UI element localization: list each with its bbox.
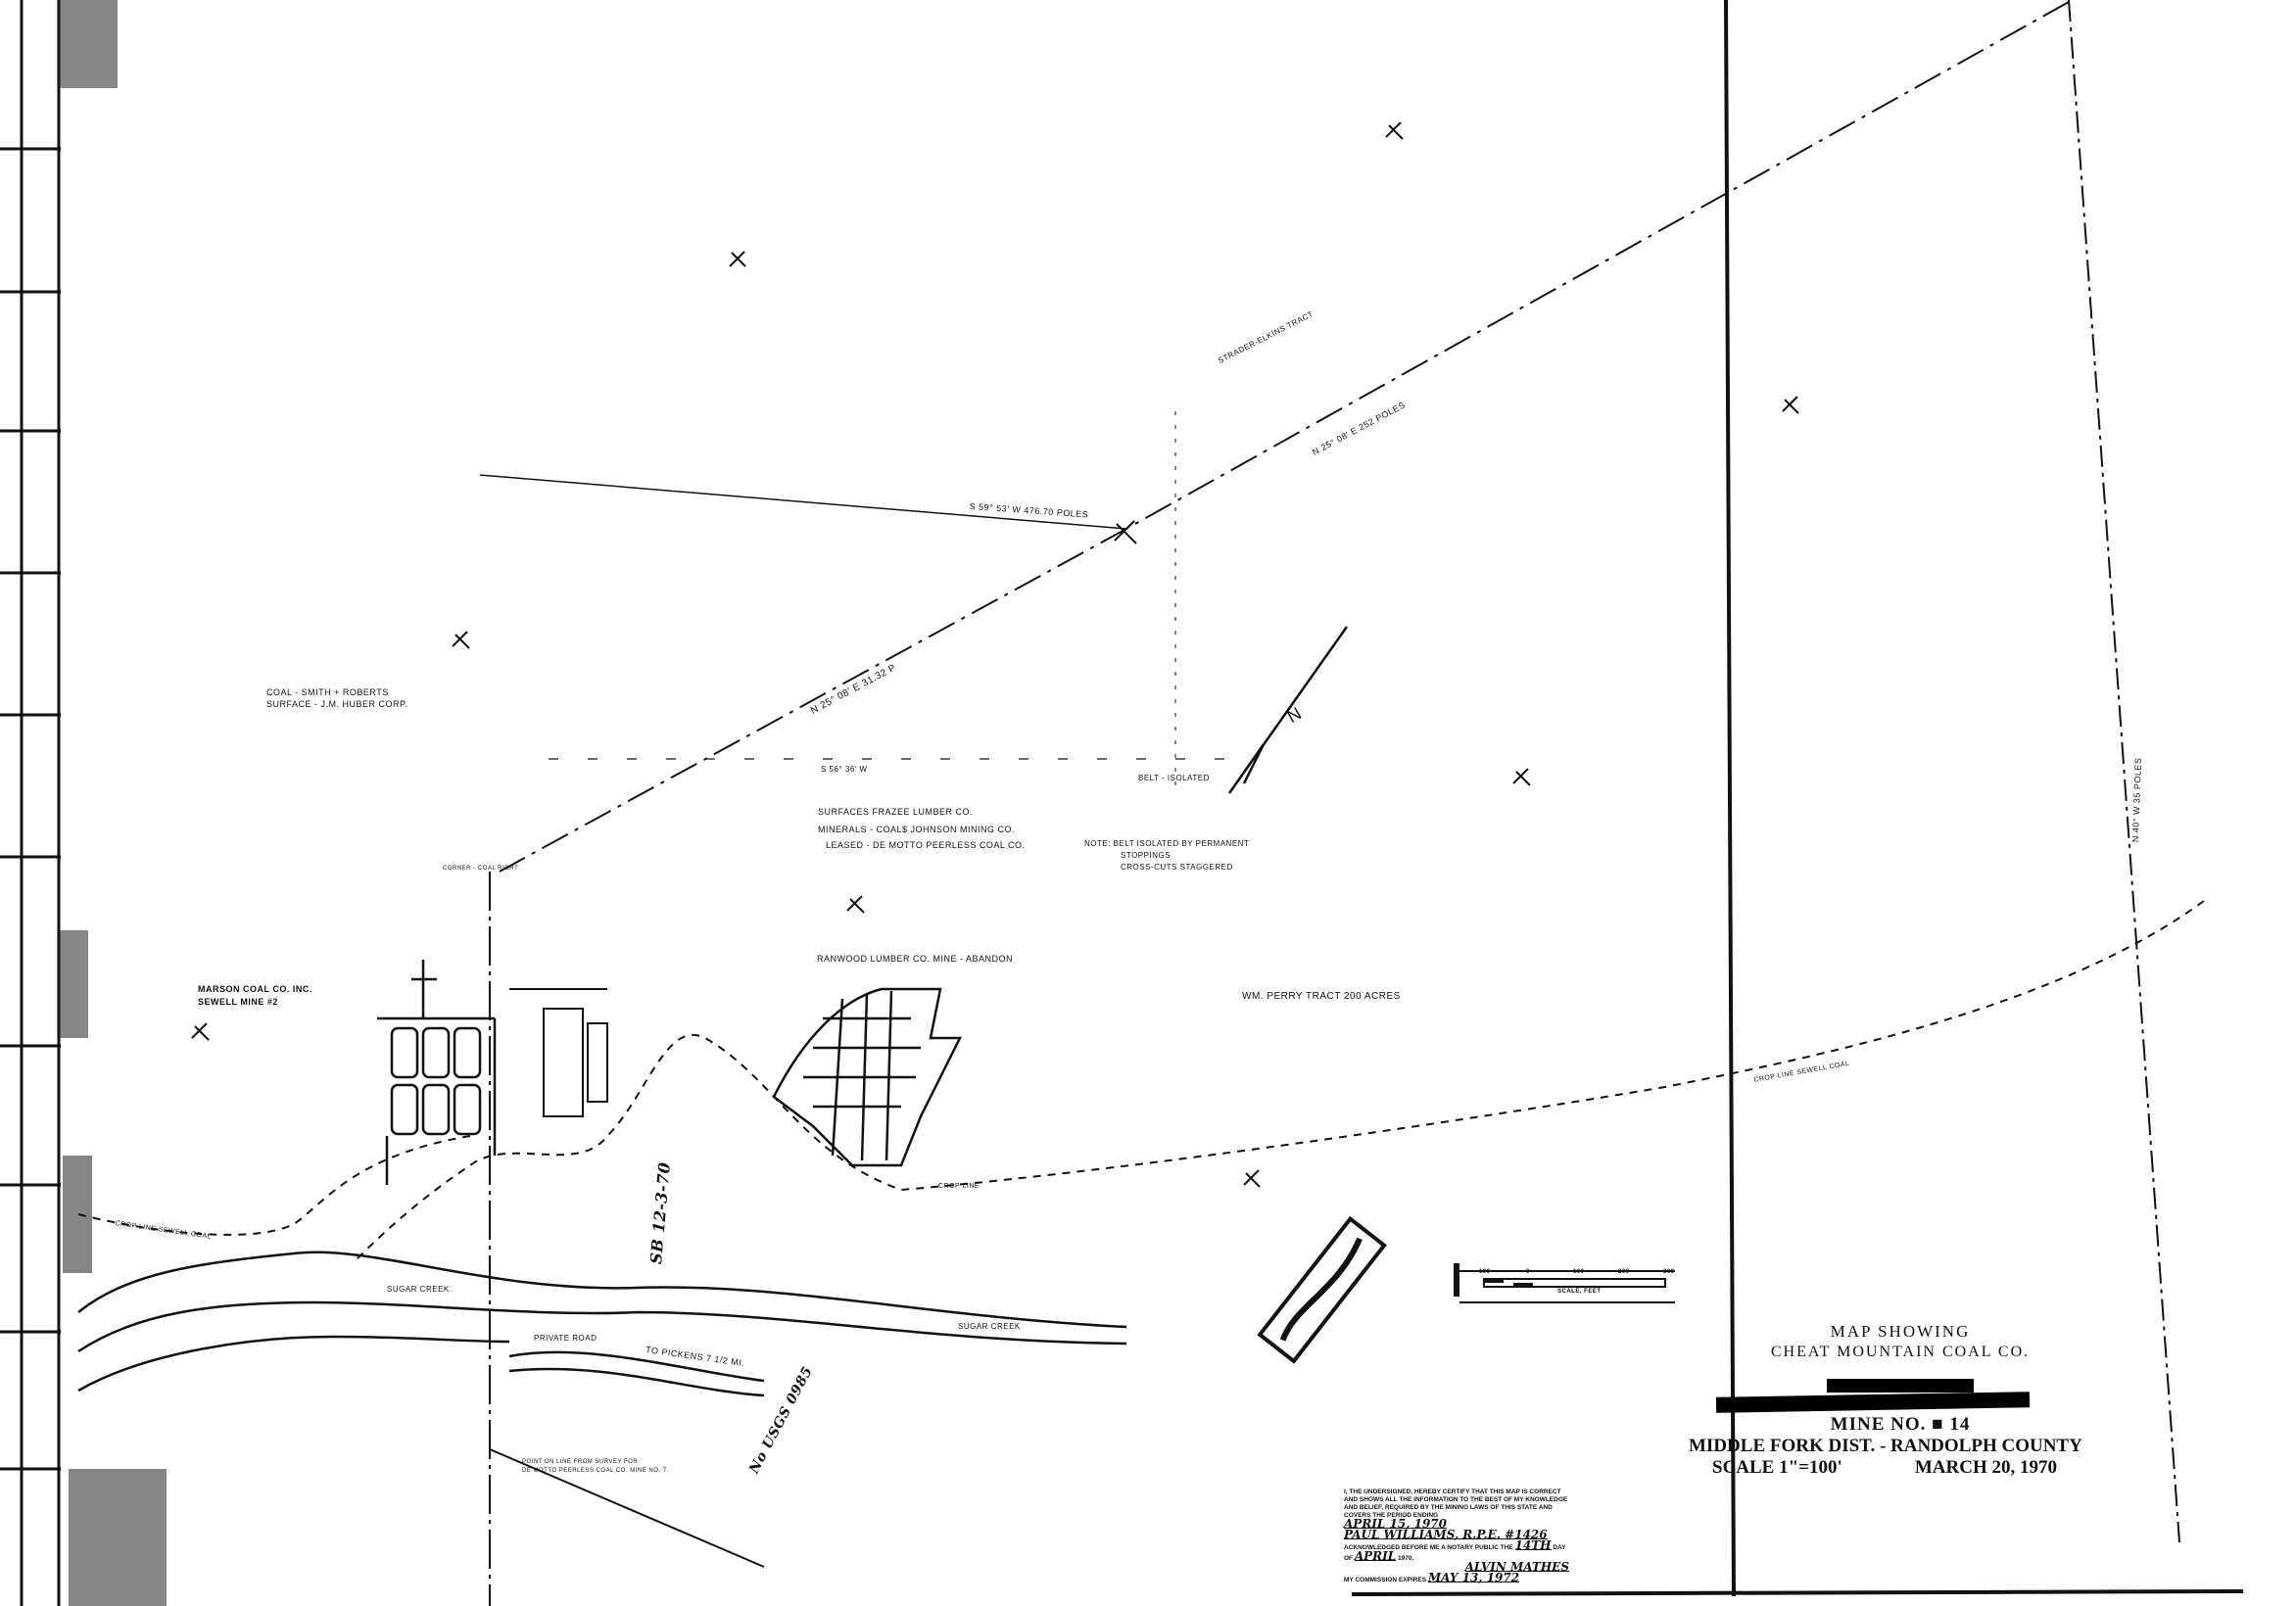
label-surface-huber: SURFACE - J.M. HUBER CORP. <box>266 699 407 709</box>
certification-text: I, THE UNDERSIGNED, HEREBY CERTIFY THAT … <box>1344 1488 1569 1520</box>
scale-bar-title: Scale, feet <box>1557 1289 1602 1295</box>
mine-workings-center <box>509 989 607 1116</box>
commission-text: MY COMMISSION EXPIRES <box>1344 1577 1426 1583</box>
scale-tick-0: 100 <box>1479 1269 1491 1275</box>
label-marson: MARSON COAL CO. INC. <box>198 984 312 994</box>
label-coal-smith: COAL - SMITH + ROBERTS <box>266 687 389 697</box>
scale-tick-4: 300 <box>1663 1269 1675 1275</box>
ack-day: 14th <box>1515 1541 1552 1550</box>
label-private-road: PRIVATE ROAD <box>534 1334 597 1343</box>
label-point-line-2: DE MOTTO PEERLESS COAL CO. MINE NO. 7. <box>522 1468 669 1474</box>
label-note-1: NOTE: BELT ISOLATED BY PERMANENT <box>1084 839 1249 848</box>
redaction-bar-1 <box>1827 1379 1974 1393</box>
label-sugar-creek-2: SUGAR CREEK <box>958 1322 1021 1331</box>
scale-tick-3: 200 <box>1618 1269 1630 1275</box>
crop-lines <box>78 901 2204 1263</box>
label-minerals: MINERALS - COAL$ JOHNSON MINING CO. <box>818 825 1015 834</box>
title-line-1: MAP SHOWING <box>1665 1322 2135 1342</box>
label-ranwood: RANWOOD LUMBER CO. MINE - ABANDON <box>817 954 1013 964</box>
label-perry-tract: WM. PERRY TRACT 200 ACRES <box>1242 991 1401 1002</box>
title-mine-number: MINE NO. ■ 14 <box>1665 1414 2135 1436</box>
commission-signature: May 13, 1972 <box>1428 1574 1519 1582</box>
label-crop-line: CROP LINE <box>938 1183 980 1190</box>
label-belt-isolated: BELT - ISOLATED <box>1138 774 1210 782</box>
label-corner: CORNER - COAL RIGHT <box>443 866 518 872</box>
label-bearing-s56: S 56° 36' W <box>821 765 868 774</box>
label-note-2: STOPPINGS <box>1121 851 1171 860</box>
label-sewell: SEWELL MINE #2 <box>198 997 278 1007</box>
scan-noise <box>59 0 167 1606</box>
label-leased: LEASED - DE MOTTO PEERLESS COAL CO. <box>826 840 1026 850</box>
title-scale: SCALE 1"=100' <box>1712 1457 1842 1479</box>
label-point-line-1: POINT ON LINE FROM SURVEY FOR <box>522 1459 638 1465</box>
certification-block: I, THE UNDERSIGNED, HEREBY CERTIFY THAT … <box>1344 1488 1569 1584</box>
title-district: MIDDLE FORK DIST. - RANDOLPH COUNTY <box>1665 1436 2135 1457</box>
title-date: MARCH 20, 1970 <box>1915 1457 2057 1479</box>
ack-year: 1970. <box>1398 1555 1413 1562</box>
left-grid-strip <box>0 0 61 1606</box>
photo-inset <box>1260 1219 1384 1361</box>
mine-workings-ranwood <box>774 989 960 1165</box>
label-sugar-creek-1: SUGAR CREEK <box>387 1285 450 1294</box>
bottom-edge-line <box>1352 1591 2243 1594</box>
label-surfaces-frazee: SURFACES FRAZEE LUMBER CO. <box>818 807 973 817</box>
label-note-3: CROSS-CUTS STAGGERED <box>1121 863 1233 872</box>
title-block: MAP SHOWING CHEAT MOUNTAIN COAL CO. MINE… <box>1665 1322 2135 1479</box>
scale-tick-1: 0 <box>1526 1269 1530 1275</box>
ack-month: April <box>1355 1552 1396 1561</box>
title-company: CHEAT MOUNTAIN COAL CO. <box>1665 1344 2135 1361</box>
scale-tick-2: 100 <box>1573 1269 1585 1275</box>
redaction-bar-2 <box>1716 1392 2030 1413</box>
mine-workings-sewell <box>377 960 495 1185</box>
